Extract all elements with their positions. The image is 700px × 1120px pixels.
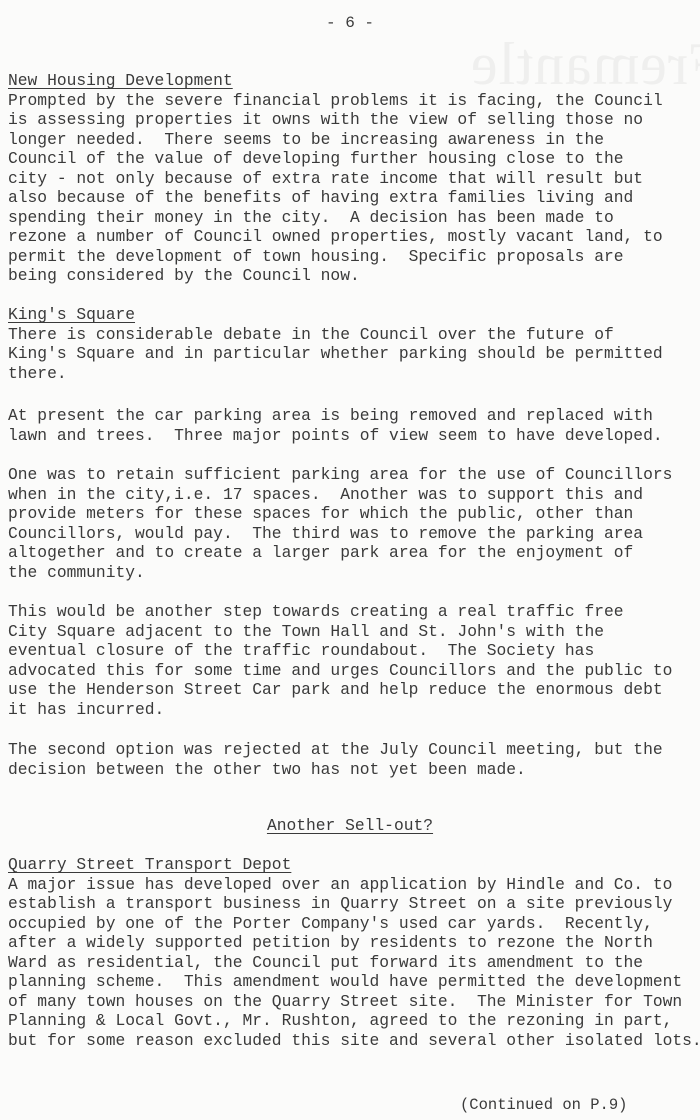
text-line: altogether and to create a larger park a… bbox=[8, 543, 672, 563]
text-line: of many town houses on the Quarry Street… bbox=[8, 992, 700, 1012]
text-line: use the Henderson Street Car park and he… bbox=[8, 680, 672, 700]
section-new-housing: New Housing Development Prompted by the … bbox=[8, 71, 663, 286]
text-line: Ward as residential, the Council put for… bbox=[8, 953, 700, 973]
text-line: after a widely supported petition by res… bbox=[8, 933, 700, 953]
text-line: lawn and trees. Three major points of vi… bbox=[8, 426, 663, 446]
text-line: but for some reason excluded this site a… bbox=[8, 1031, 700, 1051]
text-line: eventual closure of the traffic roundabo… bbox=[8, 641, 672, 661]
text-line: One was to retain sufficient parking are… bbox=[8, 465, 672, 485]
text-line: it has incurred. bbox=[8, 700, 672, 720]
text-line: spending their money in the city. A deci… bbox=[8, 208, 663, 228]
text-line: longer needed. There seems to be increas… bbox=[8, 130, 663, 150]
section-heading: Quarry Street Transport Depot bbox=[8, 855, 291, 875]
paragraph: One was to retain sufficient parking are… bbox=[8, 465, 672, 582]
text-line: planning scheme. This amendment would ha… bbox=[8, 972, 700, 992]
text-line: rezone a number of Council owned propert… bbox=[8, 227, 663, 247]
text-line: Council of the value of developing furth… bbox=[8, 149, 663, 169]
text-line: also because of the benefits of having e… bbox=[8, 188, 663, 208]
text-line: the community. bbox=[8, 563, 672, 583]
text-line: Planning & Local Govt., Mr. Rushton, agr… bbox=[8, 1011, 700, 1031]
center-heading-text: Another Sell-out? bbox=[267, 816, 433, 835]
text-line: The second option was rejected at the Ju… bbox=[8, 740, 663, 760]
continued-note: (Continued on P.9) bbox=[460, 1096, 627, 1114]
text-line: There is considerable debate in the Coun… bbox=[8, 325, 663, 345]
center-heading: Another Sell-out? bbox=[0, 816, 700, 835]
section-heading: New Housing Development bbox=[8, 71, 233, 91]
text-line: provide meters for these spaces for whic… bbox=[8, 504, 672, 524]
text-line: establish a transport business in Quarry… bbox=[8, 894, 700, 914]
text-line: At present the car parking area is being… bbox=[8, 406, 663, 426]
text-line: being considered by the Council now. bbox=[8, 266, 663, 286]
text-line: there. bbox=[8, 364, 663, 384]
paragraph: There is considerable debate in the Coun… bbox=[8, 325, 663, 384]
paragraph: At present the car parking area is being… bbox=[8, 406, 663, 445]
text-line: This would be another step towards creat… bbox=[8, 602, 672, 622]
paragraph: This would be another step towards creat… bbox=[8, 602, 672, 719]
text-line: advocated this for some time and urges C… bbox=[8, 661, 672, 681]
text-line: City Square adjacent to the Town Hall an… bbox=[8, 622, 672, 642]
paragraph: Prompted by the severe financial problem… bbox=[8, 91, 663, 286]
section-heading: King's Square bbox=[8, 305, 135, 325]
paragraph: The second option was rejected at the Ju… bbox=[8, 740, 663, 779]
section-quarry-street: Quarry Street Transport Depot A major is… bbox=[8, 855, 700, 1050]
text-line: when in the city,i.e. 17 spaces. Another… bbox=[8, 485, 672, 505]
text-line: occupied by one of the Porter Company's … bbox=[8, 914, 700, 934]
text-line: Councillors, would pay. The third was to… bbox=[8, 524, 672, 544]
section-kings-square: King's Square There is considerable deba… bbox=[8, 305, 663, 383]
text-line: permit the development of town housing. … bbox=[8, 247, 663, 267]
page-number: - 6 - bbox=[0, 14, 700, 32]
text-line: King's Square and in particular whether … bbox=[8, 344, 663, 364]
text-line: is assessing properties it owns with the… bbox=[8, 110, 663, 130]
text-line: city - not only because of extra rate in… bbox=[8, 169, 663, 189]
text-line: Prompted by the severe financial problem… bbox=[8, 91, 663, 111]
text-line: decision between the other two has not y… bbox=[8, 760, 663, 780]
paragraph: A major issue has developed over an appl… bbox=[8, 875, 700, 1051]
text-line: A major issue has developed over an appl… bbox=[8, 875, 700, 895]
